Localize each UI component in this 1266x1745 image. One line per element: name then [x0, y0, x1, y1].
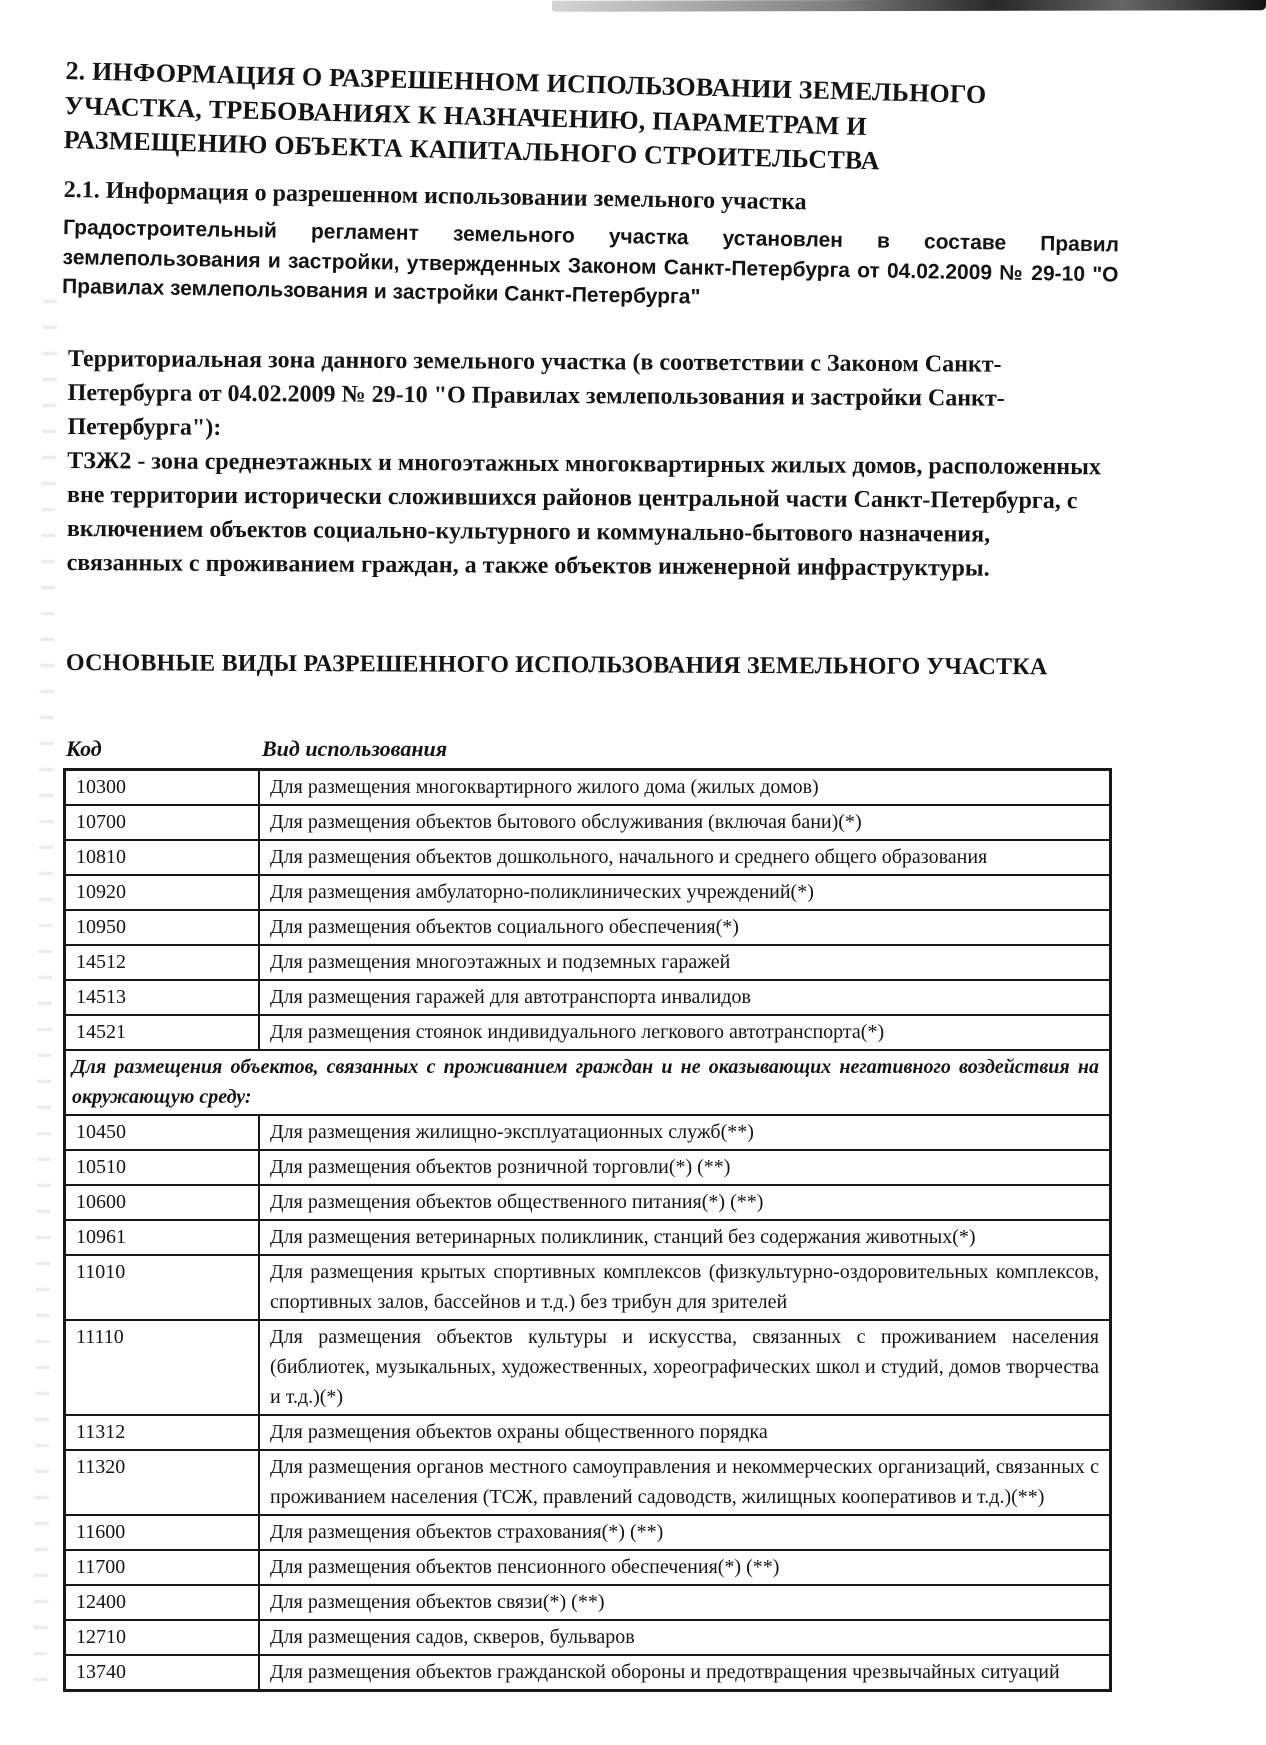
subsection-block: 2.1. Информация о разрешенном использова…: [62, 176, 1120, 320]
table-row: 12400Для размещения объектов связи(*) (*…: [65, 1585, 1111, 1620]
uses-table-body: 10300Для размещения многоквартирного жил…: [65, 770, 1111, 1691]
table-row: 10810Для размещения объектов дошкольного…: [65, 840, 1111, 875]
table-row: 14521Для размещения стоянок индивидуальн…: [65, 1015, 1111, 1050]
code-cell: 11010: [65, 1255, 260, 1320]
table-row: 11312Для размещения объектов охраны обще…: [65, 1415, 1111, 1450]
section-title: 2. ИНФОРМАЦИЯ О РАЗРЕШЕННОМ ИСПОЛЬЗОВАНИ…: [63, 54, 1075, 184]
uses-table: 10300Для размещения многоквартирного жил…: [63, 768, 1112, 1692]
code-cell: 10510: [65, 1150, 260, 1185]
table-row: 11600Для размещения объектов страхования…: [65, 1515, 1111, 1550]
table-row: 10700Для размещения объектов бытового об…: [65, 805, 1111, 840]
code-cell: 13740: [65, 1655, 260, 1691]
code-cell: 11312: [65, 1415, 260, 1450]
use-cell: Для размещения многоэтажных и подземных …: [259, 945, 1111, 980]
scanned-document-page: 2. ИНФОРМАЦИЯ О РАЗРЕШЕННОМ ИСПОЛЬЗОВАНИ…: [0, 0, 1266, 1745]
use-cell: Для размещения объектов дошкольного, нач…: [259, 840, 1111, 875]
table-row: 12710Для размещения садов, скверов, буль…: [65, 1620, 1111, 1655]
code-cell: 11600: [65, 1515, 260, 1550]
table-row: 11010Для размещения крытых спортивных ко…: [65, 1255, 1111, 1320]
use-cell: Для размещения объектов пенсионного обес…: [259, 1550, 1111, 1585]
code-cell: 11700: [65, 1550, 260, 1585]
code-cell: 11110: [65, 1320, 260, 1415]
code-cell: 10600: [65, 1185, 260, 1220]
code-cell: 10950: [65, 910, 260, 945]
code-cell: 10700: [65, 805, 260, 840]
table-row: 10950Для размещения объектов социального…: [65, 910, 1111, 945]
code-cell: 14512: [65, 945, 260, 980]
table-row: 10961Для размещения ветеринарных поликли…: [65, 1220, 1111, 1255]
territorial-zone-block: Территориальная зона данного земельного …: [67, 342, 1110, 587]
scan-artifact-speckles: [33, 300, 57, 1700]
table-row: 14512Для размещения многоэтажных и подзе…: [65, 945, 1111, 980]
use-cell: Для размещения объектов охраны обществен…: [259, 1415, 1111, 1450]
table-row: 10510Для размещения объектов розничной т…: [65, 1150, 1111, 1185]
use-cell: Для размещения гаражей для автотранспорт…: [259, 980, 1111, 1015]
table-row: 14513Для размещения гаражей для автотран…: [65, 980, 1111, 1015]
code-cell: 10920: [65, 875, 260, 910]
use-cell: Для размещения крытых спортивных комплек…: [259, 1255, 1111, 1320]
section-divider-cell: Для размещения объектов, связанных с про…: [65, 1050, 1111, 1115]
use-cell: Для размещения садов, скверов, бульваров: [259, 1620, 1111, 1655]
table-row: 11110Для размещения объектов культуры и …: [65, 1320, 1111, 1415]
code-cell: 10961: [65, 1220, 260, 1255]
use-cell: Для размещения многоквартирного жилого д…: [259, 770, 1111, 806]
use-cell: Для размещения объектов социального обес…: [259, 910, 1111, 945]
code-cell: 10450: [65, 1115, 260, 1150]
code-cell: 10300: [65, 770, 260, 806]
code-cell: 12710: [65, 1620, 260, 1655]
scan-artifact-band: [552, 0, 1266, 12]
table-row: 10600Для размещения объектов общественно…: [65, 1185, 1111, 1220]
use-cell: Для размещения объектов страхования(*) (…: [259, 1515, 1111, 1550]
table-row: 11700Для размещения объектов пенсионного…: [65, 1550, 1111, 1585]
table-row: 10300Для размещения многоквартирного жил…: [65, 770, 1111, 806]
use-cell: Для размещения стоянок индивидуального л…: [259, 1015, 1111, 1050]
use-cell: Для размещения жилищно-эксплуатационных …: [259, 1115, 1111, 1150]
code-cell: 12400: [65, 1585, 260, 1620]
use-cell: Для размещения органов местного самоупра…: [259, 1450, 1111, 1515]
table-row: 10450Для размещения жилищно-эксплуатацио…: [65, 1115, 1111, 1150]
zone-intro-paragraph: Территориальная зона данного земельного …: [67, 342, 1110, 451]
use-cell: Для размещения объектов общественного пи…: [259, 1185, 1111, 1220]
uses-table-header: Код Вид использования: [66, 736, 1110, 762]
code-cell: 14513: [65, 980, 260, 1015]
use-cell: Для размещения объектов бытового обслужи…: [259, 805, 1111, 840]
use-cell: Для размещения ветеринарных поликлиник, …: [259, 1220, 1111, 1255]
table-row: 10920Для размещения амбулаторно-поликлин…: [65, 875, 1111, 910]
use-cell: Для размещения объектов культуры и искус…: [259, 1320, 1111, 1415]
table-row: Для размещения объектов, связанных с про…: [65, 1050, 1111, 1115]
code-cell: 10810: [65, 840, 260, 875]
code-cell: 11320: [65, 1450, 260, 1515]
column-header-use: Вид использования: [262, 736, 1110, 762]
regulation-paragraph: Градостроительный регламент земельного у…: [62, 213, 1119, 320]
table-row: 13740Для размещения объектов гражданской…: [65, 1655, 1111, 1691]
code-cell: 14521: [65, 1015, 260, 1050]
use-cell: Для размещения амбулаторно-поликлиническ…: [259, 875, 1111, 910]
uses-table-title: ОСНОВНЫЕ ВИДЫ РАЗРЕШЕННОГО ИСПОЛЬЗОВАНИЯ…: [66, 650, 1126, 682]
use-cell: Для размещения объектов гражданской обор…: [259, 1655, 1111, 1691]
use-cell: Для размещения объектов розничной торгов…: [259, 1150, 1111, 1185]
zone-description-paragraph: ТЗЖ2 - зона среднеэтажных и многоэтажных…: [67, 444, 1110, 587]
use-cell: Для размещения объектов связи(*) (**): [259, 1585, 1111, 1620]
column-header-code: Код: [66, 736, 262, 762]
table-row: 11320Для размещения органов местного сам…: [65, 1450, 1111, 1515]
